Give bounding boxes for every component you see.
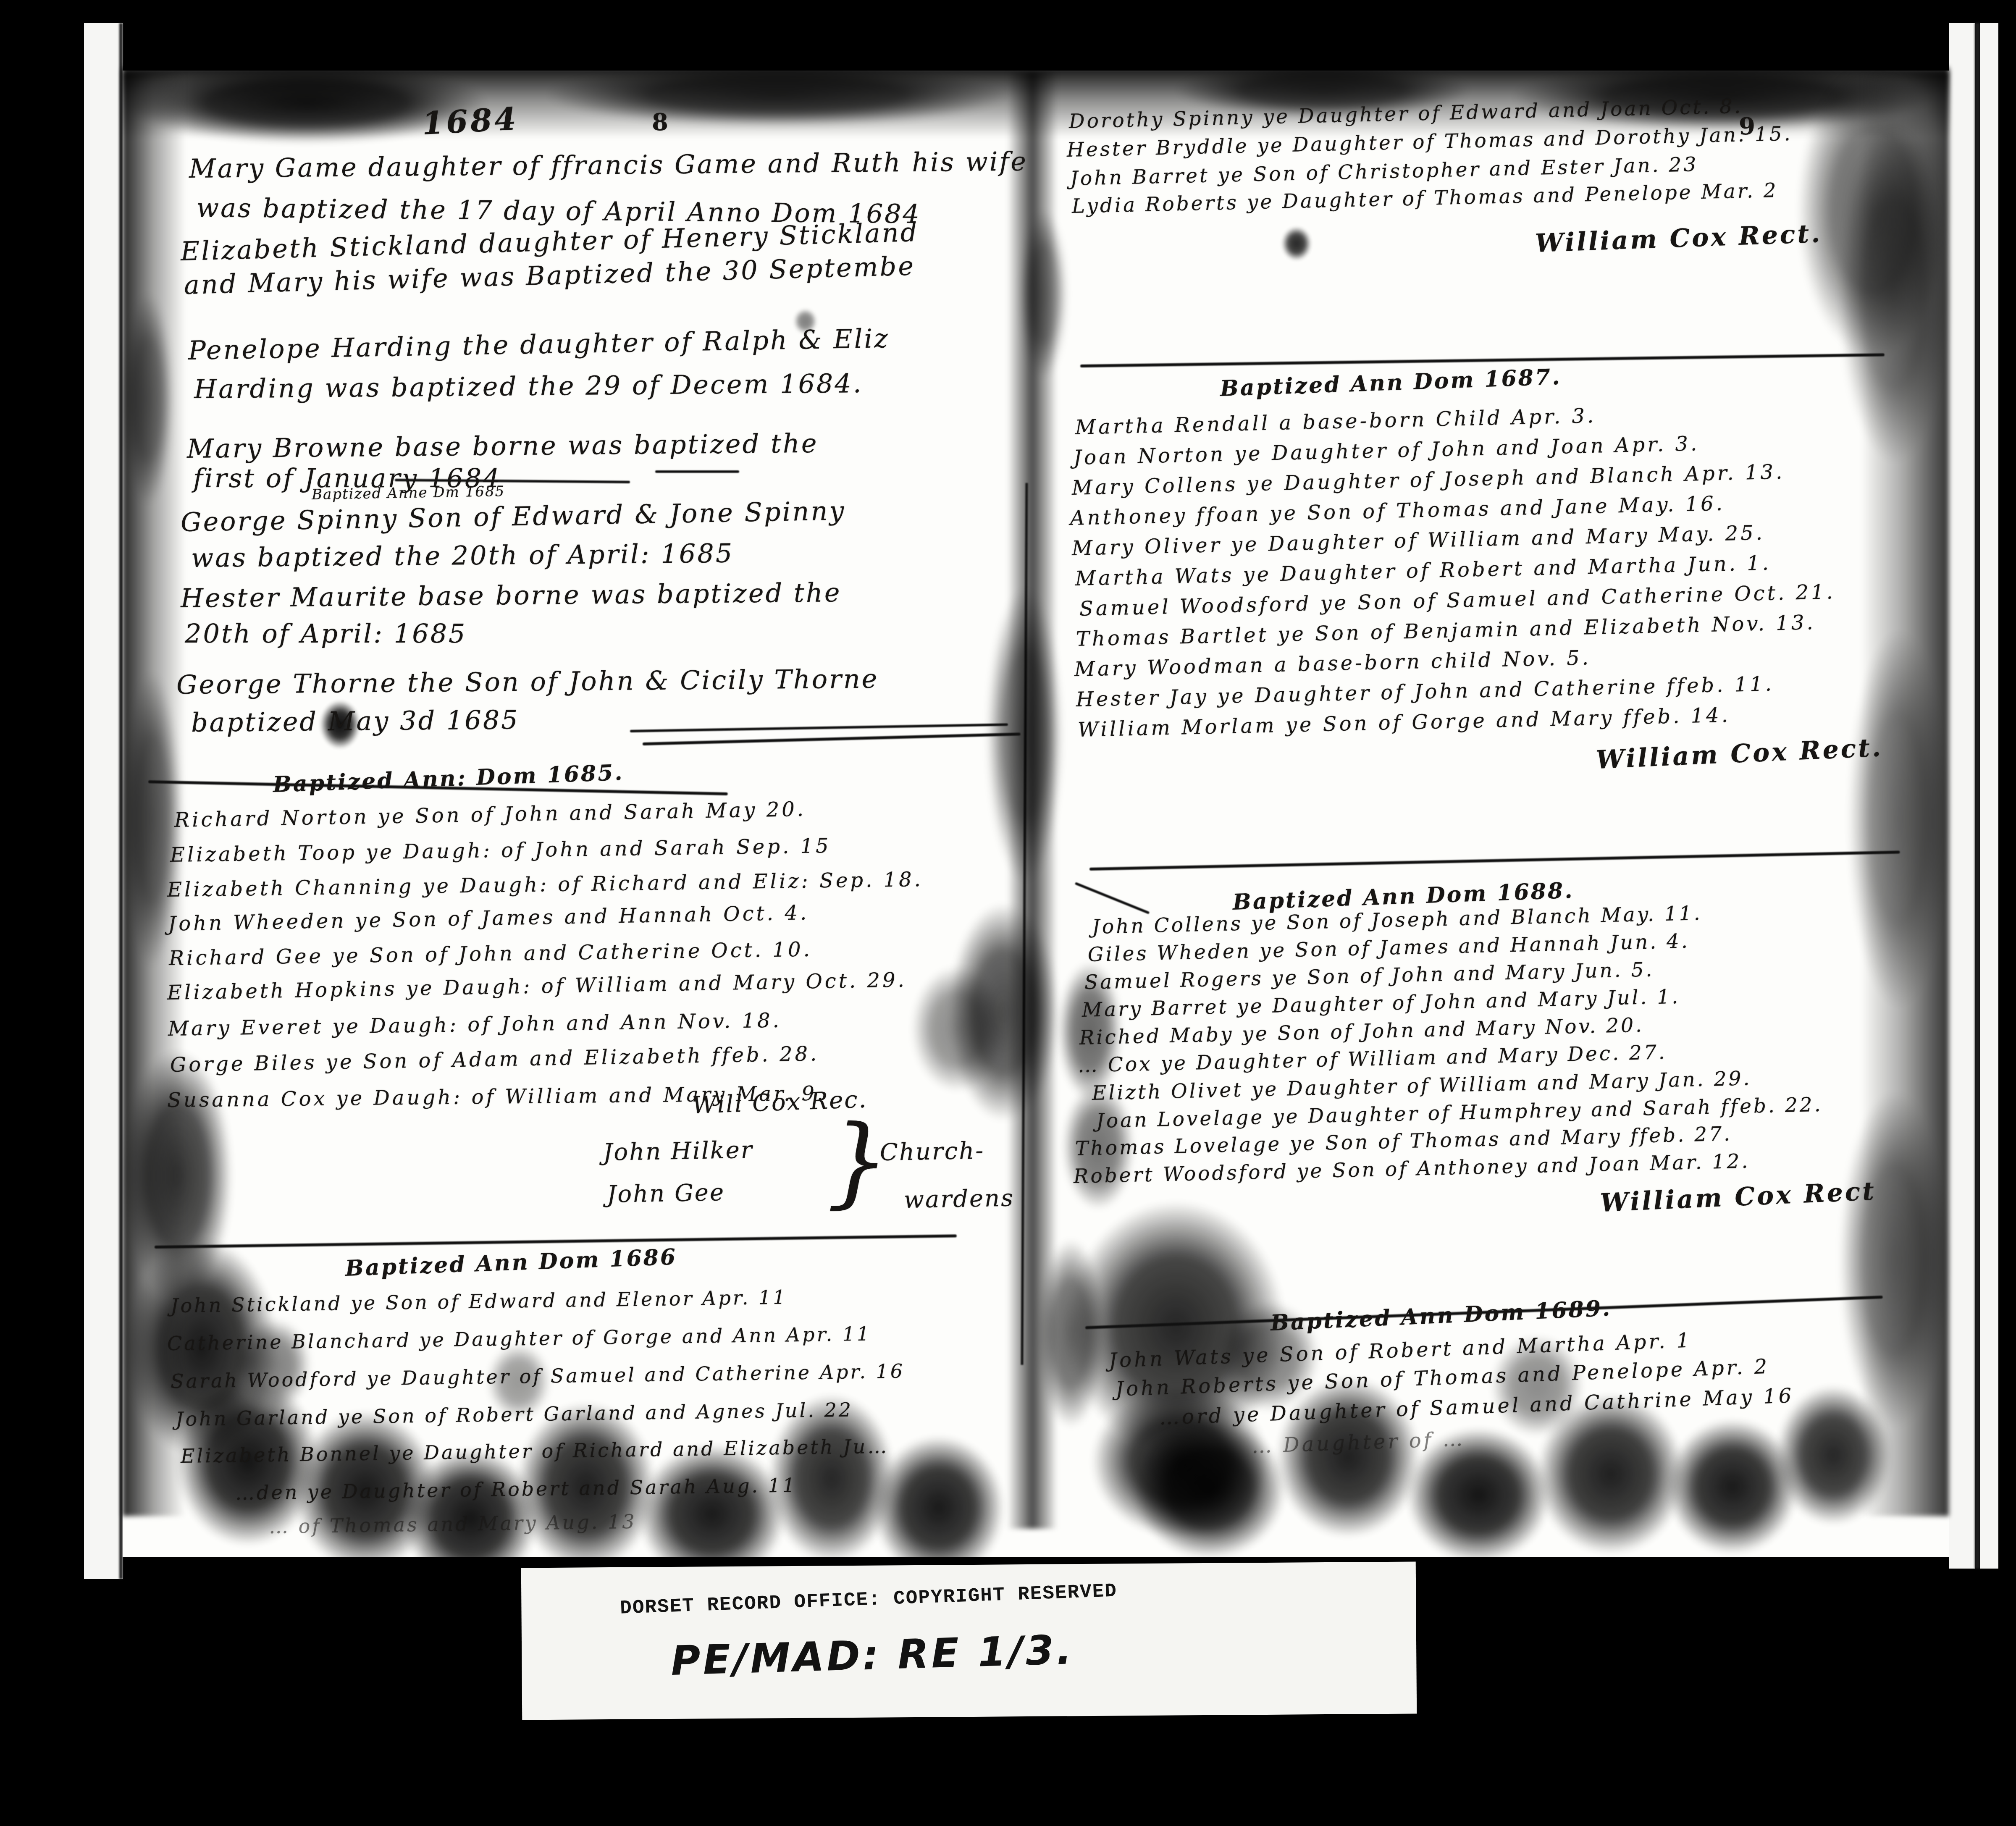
register-line: Mary Browne base borne was baptized the [187, 428, 819, 464]
register-line: Hester Maurite base borne was baptized t… [181, 577, 842, 614]
archive-label: DORSET RECORD OFFICE: COPYRIGHT RESERVED… [521, 1562, 1417, 1720]
churchwarden-role: Church- [879, 1137, 984, 1166]
page-edge-line-left [119, 23, 123, 1579]
ink-stain [911, 966, 1004, 1092]
register-line: baptized May 3d 1685 [191, 704, 520, 738]
underline [655, 470, 739, 473]
ink-stain [546, 63, 1008, 126]
film-edge-right-2 [1980, 23, 1998, 1569]
page-damage [874, 1436, 1004, 1579]
ink-stain [1840, 1092, 1949, 1428]
film-edge-left [84, 23, 123, 1579]
churchwarden-role: wardens [903, 1184, 1014, 1214]
ink-stain [1848, 630, 1949, 1008]
year-heading: 1684 [421, 101, 520, 142]
ink-stain [123, 294, 173, 504]
microfilm-scan: { "left": { "pageno": "8", "year": "1684… [0, 0, 2016, 1826]
ink-stain [1021, 210, 1067, 378]
register-line: George Thorne the Son of John & Cicily T… [176, 663, 879, 700]
reference-number: PE/MAD: RE 1/3. [670, 1626, 1075, 1684]
register-line: Harding was baptized the 29 of Decem 168… [194, 368, 863, 404]
film-edge-right-1 [1949, 23, 1975, 1569]
churchwarden-name: John Gee [606, 1179, 725, 1208]
register-line: 20th of April: 1685 [185, 618, 467, 649]
page-number-left: 8 [652, 108, 668, 136]
typed-copyright-line: DORSET RECORD OFFICE: COPYRIGHT RESERVED [620, 1580, 1118, 1619]
interlined-note: Baptized Anne Dm 1685 [312, 483, 505, 503]
page-damage [638, 1445, 785, 1583]
page-edge-line-right [1975, 23, 1980, 1569]
ink-stain [1282, 227, 1311, 260]
churchwarden-name: John Hilker [603, 1136, 753, 1166]
register-line: was baptized the 20th of April: 1685 [191, 538, 734, 573]
ink-stain [1840, 126, 1949, 462]
